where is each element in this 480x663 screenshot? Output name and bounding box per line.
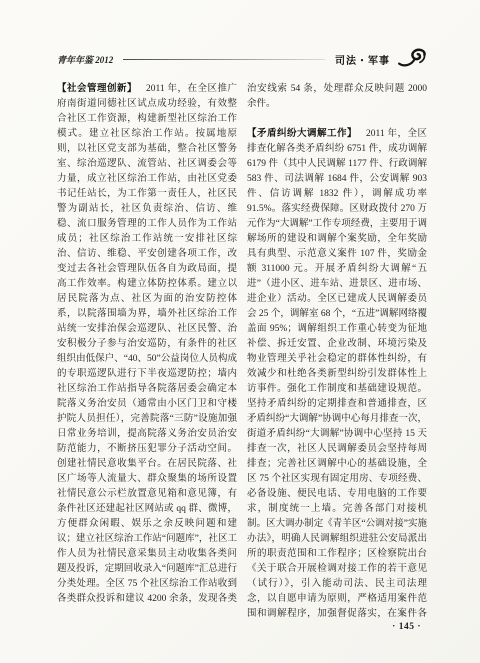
section-title: 【矛盾纠纷大调解工作】 xyxy=(247,129,357,139)
document-page: 青年年鉴 2012 司法・军事 【社会管理创新】2011 年，在全区推广府南街道… xyxy=(0,0,480,663)
page-number: · 145 · xyxy=(392,622,421,632)
section-title: 【社会管理创新】 xyxy=(57,84,137,94)
header-section-label: 司法・军事 xyxy=(335,52,390,67)
header-rule xyxy=(123,59,325,60)
article-body: 【社会管理创新】2011 年，在全区推广府南街道同德社区试点成功经验，有效整合社… xyxy=(57,82,427,622)
page-header: 青年年鉴 2012 司法・军事 xyxy=(57,44,427,74)
section-dispute-mediation-work: 【矛盾纠纷大调解工作】2011 年，全区排查化解各类矛盾纠纷 6751 件，成功… xyxy=(247,82,427,622)
journal-title: 青年年鉴 2012 xyxy=(57,53,113,66)
dragon-swirl-ornament-icon xyxy=(397,47,427,71)
section-body-text: 2011 年，全区排查化解各类矛盾纠纷 6751 件，成功调解 6179 件（其… xyxy=(247,84,427,619)
